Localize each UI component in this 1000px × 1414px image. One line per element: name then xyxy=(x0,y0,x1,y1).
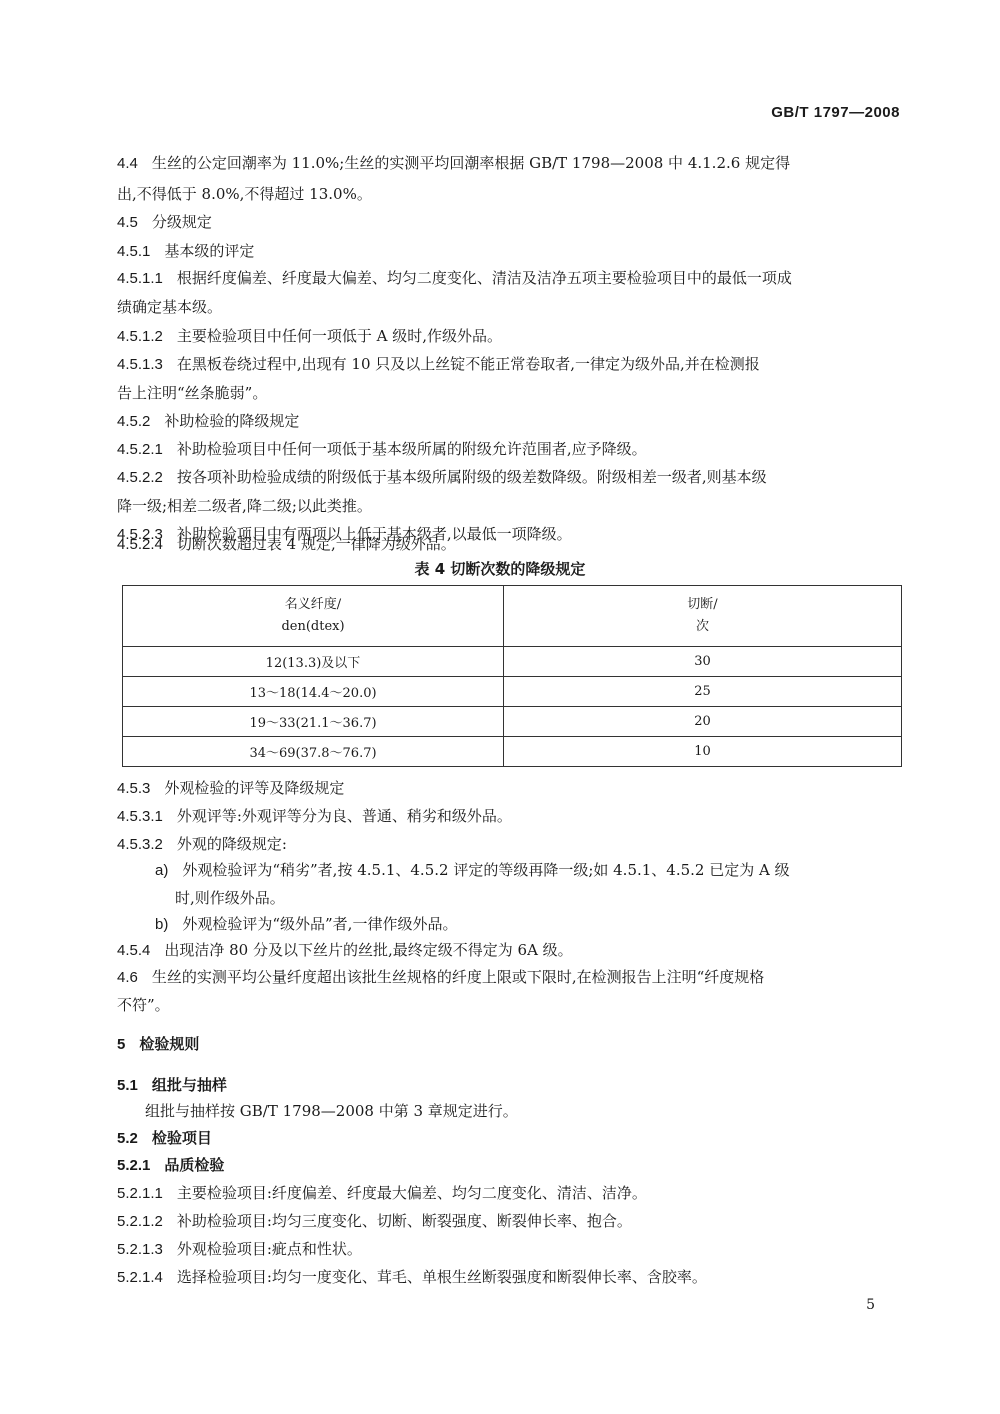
section-5-2-1-title: 5.2.1品质检验 xyxy=(117,1155,224,1176)
clause-4-5-1-1-cont: 绩确定基本级。 xyxy=(117,297,222,317)
clause-4-5-1-3: 4.5.1.3在黑板卷绕过程中,出现有 10 只及以上丝锭不能正常卷取者,一律定… xyxy=(117,354,760,375)
clause-4-5-1: 4.5.1基本级的评定 xyxy=(117,241,254,262)
header-nominal-size: 名义纤度/ den(dtex) xyxy=(123,586,504,647)
clause-4-4-cont: 出,不得低于 8.0%,不得超过 13.0%。 xyxy=(117,184,372,204)
section-5-1-body: 组批与抽样按 GB/T 1798—2008 中第 3 章规定进行。 xyxy=(145,1101,518,1121)
clause-4-5: 4.5分级规定 xyxy=(117,212,212,233)
clause-4-6: 4.6生丝的实测平均公量纤度超出该批生丝规格的纤度上限或下限时,在检测报告上注明… xyxy=(117,967,764,988)
item-b: b)外观检验评为“级外品”者,一律作级外品。 xyxy=(155,914,457,935)
cell-size: 12(13.3)及以下 xyxy=(123,647,504,677)
clause-4-5-2-2-cont: 降一级;相差二级者,降二级;以此类推。 xyxy=(117,496,372,516)
cell-breaks: 30 xyxy=(504,647,902,677)
table-row: 13～18(14.4～20.0) 25 xyxy=(123,677,902,707)
clause-4-5-2-2: 4.5.2.2按各项补助检验成绩的附级低于基本级所属附级的级差数降级。附级相差一… xyxy=(117,467,767,488)
clause-5-2-1-2: 5.2.1.2补助检验项目:均匀三度变化、切断、断裂强度、断裂伸长率、抱合。 xyxy=(117,1211,632,1232)
document-page: GB/T 1797—2008 4.4生丝的公定回潮率为 11.0%;生丝的实测平… xyxy=(0,0,1000,1414)
cell-size: 34～69(37.8～76.7) xyxy=(123,737,504,767)
section-5-1-title: 5.1组批与抽样 xyxy=(117,1075,227,1096)
clause-5-2-1-1: 5.2.1.1主要检验项目:纤度偏差、纤度最大偏差、均匀二度变化、清洁、洁净。 xyxy=(117,1183,647,1204)
clause-4-5-4: 4.5.4出现洁净 80 分及以下丝片的丝批,最终定级不得定为 6A 级。 xyxy=(117,940,573,961)
page-number: 5 xyxy=(866,1297,875,1313)
cell-breaks: 20 xyxy=(504,707,902,737)
clause-4-5-3-2: 4.5.3.2外观的降级规定: xyxy=(117,834,287,855)
standard-code: GB/T 1797—2008 xyxy=(771,104,900,121)
clause-4-5-2-1: 4.5.2.1补助检验项目中任何一项低于基本级所属的附级允许范围者,应予降级。 xyxy=(117,439,647,460)
clause-5-2-1-4: 5.2.1.4选择检验项目:均匀一度变化、茸毛、单根生丝断裂强度和断裂伸长率、含… xyxy=(117,1267,707,1288)
clause-4-5-1-3-cont: 告上注明“丝条脆弱”。 xyxy=(117,383,267,403)
section-5-2-title: 5.2检验项目 xyxy=(117,1128,212,1149)
clause-4-5-1-2: 4.5.1.2主要检验项目中任何一项低于 A 级时,作级外品。 xyxy=(117,326,502,347)
cell-size: 13～18(14.4～20.0) xyxy=(123,677,504,707)
clause-4-4: 4.4生丝的公定回潮率为 11.0%;生丝的实测平均回潮率根据 GB/T 179… xyxy=(117,153,790,174)
table-row: 12(13.3)及以下 30 xyxy=(123,647,902,677)
table-4-caption: 表 4 切断次数的降级规定 xyxy=(0,558,1000,579)
clause-4-5-3-1: 4.5.3.1外观评等:外观评等分为良、普通、稍劣和级外品。 xyxy=(117,806,512,827)
clause-4-6-cont: 不符”。 xyxy=(117,995,170,1015)
cell-breaks: 25 xyxy=(504,677,902,707)
clause-5-2-1-3: 5.2.1.3外观检验项目:疵点和性状。 xyxy=(117,1239,362,1260)
item-a-cont: 时,则作级外品。 xyxy=(175,888,285,908)
table-header-row: 名义纤度/ den(dtex) 切断/ 次 xyxy=(123,586,902,647)
cell-size: 19～33(21.1～36.7) xyxy=(123,707,504,737)
section-5-title: 5检验规则 xyxy=(117,1034,199,1055)
clause-4-5-1-1: 4.5.1.1根据纤度偏差、纤度最大偏差、均匀二度变化、清洁及洁净五项主要检验项… xyxy=(117,268,792,289)
cell-breaks: 10 xyxy=(504,737,902,767)
clause-4-5-2-4: 4.5.2.4切断次数超过表 4 规定,一律降为级外品。 xyxy=(117,534,456,555)
table-row: 19～33(21.1～36.7) 20 xyxy=(123,707,902,737)
header-breaks: 切断/ 次 xyxy=(504,586,902,647)
item-a: a)外观检验评为“稍劣”者,按 4.5.1、4.5.2 评定的等级再降一级;如 … xyxy=(155,860,790,881)
table-4: 名义纤度/ den(dtex) 切断/ 次 12(13.3)及以下 30 13～… xyxy=(122,585,902,767)
clause-4-5-2: 4.5.2补助检验的降级规定 xyxy=(117,411,299,432)
table-row: 34～69(37.8～76.7) 10 xyxy=(123,737,902,767)
clause-4-5-3: 4.5.3外观检验的评等及降级规定 xyxy=(117,778,344,799)
